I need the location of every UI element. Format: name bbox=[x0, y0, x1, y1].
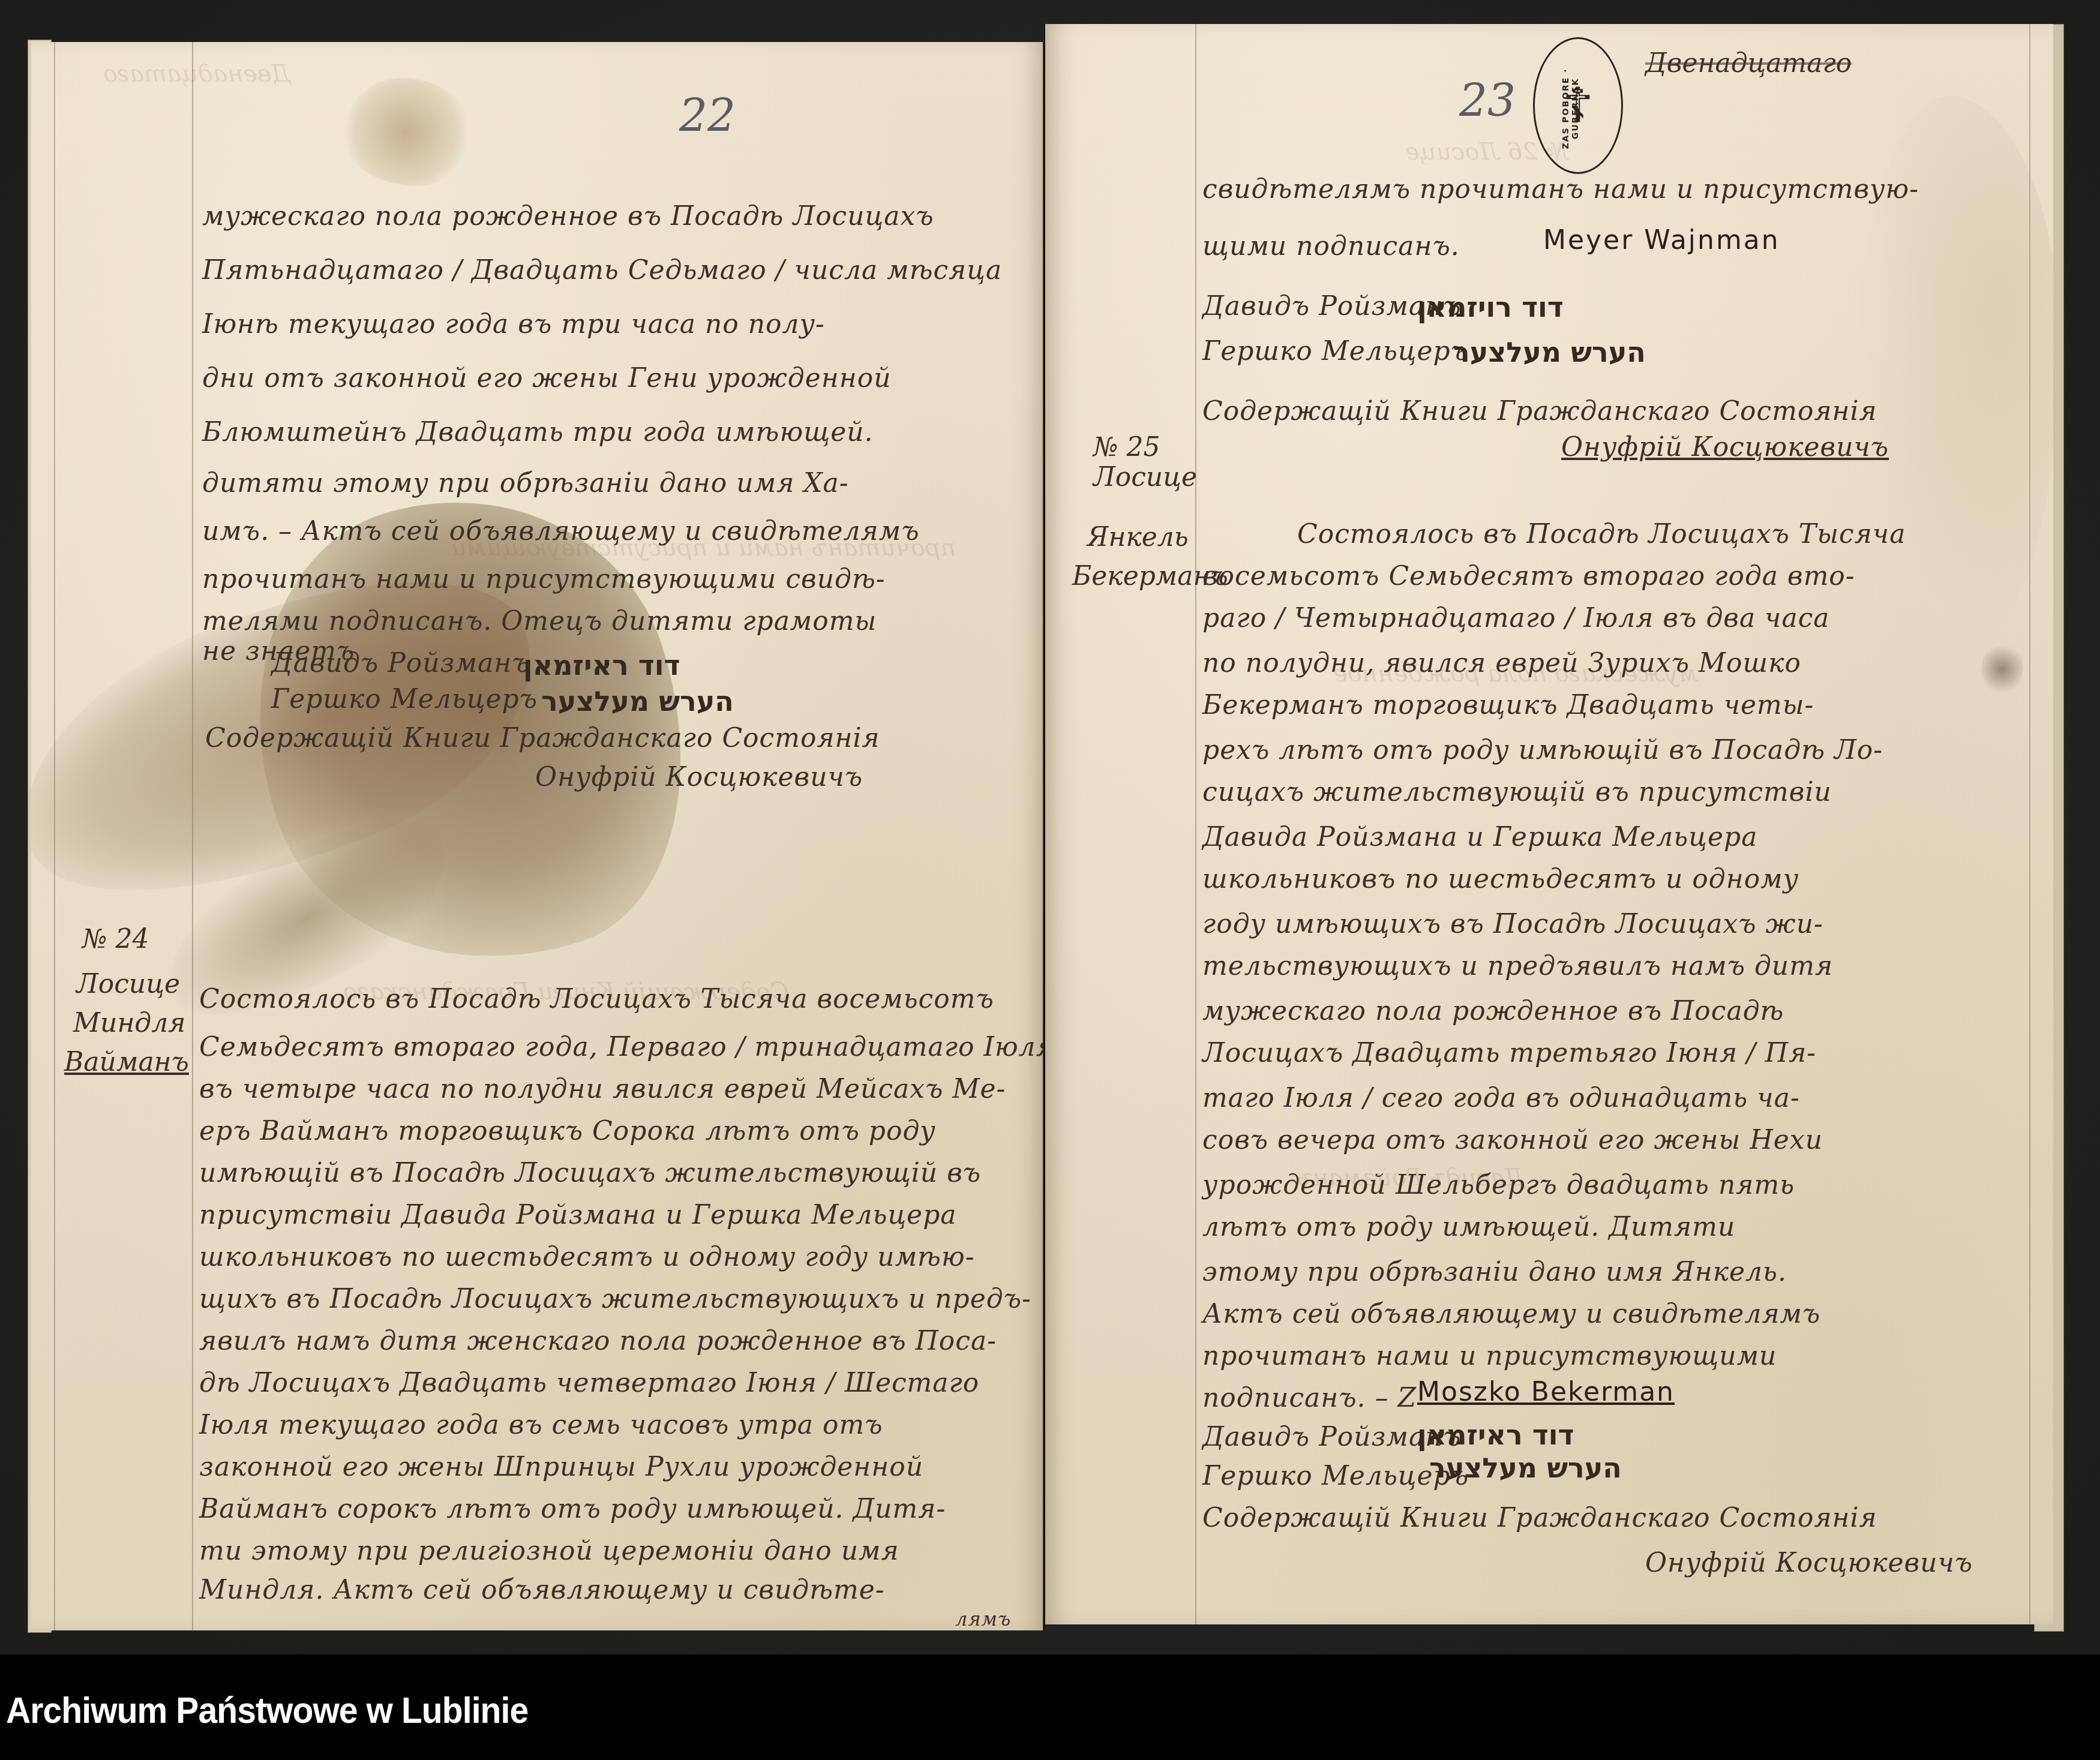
text-line: дитяти этому при обрѣзаніи дано имя Ха- bbox=[202, 468, 849, 498]
text-line: имѣющій въ Посадѣ Лосицахъ жительствующі… bbox=[199, 1158, 981, 1188]
text-line: урожденной Шельбергъ двадцать пять bbox=[1202, 1170, 1795, 1200]
official-seal: ☦ ZAS POBORE · GUBERNSK bbox=[1533, 37, 1623, 174]
official-signature: Онуфрій Косцюкевичъ bbox=[535, 762, 863, 792]
margin-child-first-name: Миндля bbox=[73, 1008, 185, 1038]
entry-number: № 24 bbox=[82, 924, 149, 954]
witness-hebrew-signature: דוד ראיזמאן bbox=[523, 649, 680, 681]
water-stain-top bbox=[343, 78, 469, 186]
declarant-signature: Moszko Bekerman bbox=[1417, 1377, 1675, 1407]
official-title: Содержащій Книги Гражданскаго Состоянія bbox=[1202, 1503, 1877, 1533]
bleed-through-text: Двенадцатаго bbox=[103, 60, 291, 88]
text-line: Іюля текущаго года въ семь часовъ утра о… bbox=[199, 1410, 883, 1440]
text-line: присутствіи Давида Ройзмана и Гершка Мел… bbox=[199, 1200, 957, 1230]
text-line: въ четыре часа по полудни явился еврей М… bbox=[199, 1074, 1006, 1104]
archive-banner: Archiwum Państwowe w Lublinie bbox=[0, 1654, 2100, 1760]
text-line: щими подписанъ. bbox=[1202, 231, 1460, 262]
text-line: Миндля. Актъ сей объявляющему и свидѣте- bbox=[199, 1575, 885, 1605]
ink-spot bbox=[1981, 642, 2023, 696]
text-line: дни отъ законной его жены Гени урожденно… bbox=[202, 363, 892, 394]
official-title: Содержащій Книги Гражданскаго Состоянія bbox=[1202, 396, 1877, 427]
witness-hebrew-signature: הערש מעלצער bbox=[541, 685, 734, 717]
text-line: Лосицахъ Двадцать третьяго Іюня / Пя- bbox=[1202, 1038, 1816, 1068]
text-line: ти этому при религіозной церемоніи дано … bbox=[199, 1536, 899, 1566]
text-line: совъ вечера отъ законной его жены Нехи bbox=[1202, 1125, 1823, 1155]
text-line: Давида Ройзмана и Гершка Мельцера bbox=[1202, 822, 1757, 852]
witness-hebrew-signature: דוד ראיזמאן bbox=[1417, 1419, 1574, 1451]
text-line: свидѣтелямъ прочитанъ нами и присутствую… bbox=[1202, 174, 1919, 205]
witness-signature: Гершко Мельцеръ bbox=[271, 684, 538, 714]
text-line: телями подписанъ. Отецъ дитяти грамоты bbox=[202, 606, 877, 636]
text-line: мужескаго пола рожденное въ Посадѣ bbox=[1202, 996, 1784, 1026]
declarant-signature: Meyer Wajnman bbox=[1543, 225, 1780, 256]
text-line: школьниковъ по шестьдесятъ и одному году… bbox=[199, 1242, 975, 1272]
text-line: школьниковъ по шестьдесятъ и одному bbox=[1202, 864, 1799, 894]
text-line: подписанъ. – Z bbox=[1202, 1383, 1417, 1413]
entry-number: № 25 bbox=[1093, 432, 1160, 462]
text-line: Вайманъ сорокъ лѣтъ отъ роду имѣющей. Ди… bbox=[199, 1494, 946, 1524]
text-line: законной его жены Шпринцы Рухли урожденн… bbox=[199, 1452, 923, 1482]
text-line: прочитанъ нами и присутствующими bbox=[1202, 1341, 1777, 1371]
text-line: Блюмштейнъ Двадцать три года имѣющей. bbox=[202, 417, 874, 447]
page-number: 22 bbox=[679, 90, 736, 142]
left-page-edge-rule bbox=[54, 42, 55, 1630]
left-page: Двенадцатаго прочитанъ нами и присутству… bbox=[31, 42, 1045, 1630]
text-line: тельствующихъ и предъявилъ намъ дитя bbox=[1202, 951, 1833, 981]
text-line: рехъ лѣтъ отъ роду имѣющій въ Посадѣ Ло- bbox=[1202, 735, 1883, 765]
text-line: Актъ сей объявляющему и свидѣтелямъ bbox=[1202, 1299, 1820, 1329]
text-line: дѣ Лосицахъ Двадцать четвертаго Іюня / Ш… bbox=[199, 1368, 979, 1398]
text-line: раго / Четырнадцатаго / Іюля въ два часа bbox=[1202, 603, 1830, 633]
witness-hebrew-signature: הערש מעלצער bbox=[1429, 1452, 1622, 1484]
witness-signature: Гершко Мельцеръ bbox=[1202, 336, 1469, 367]
text-line: Состоялось въ Посадѣ Лосицахъ Тысяча вос… bbox=[199, 984, 994, 1014]
left-page-margin-rule bbox=[192, 42, 193, 1630]
text-line: явилъ намъ дитя женскаго пола рожденное … bbox=[199, 1326, 997, 1356]
archive-name: Archiwum Państwowe w Lublinie bbox=[6, 1689, 528, 1732]
text-line: Іюнѣ текущаго года въ три часа по полу- bbox=[202, 309, 825, 340]
text-line: по полудни, явился еврей Зурихъ Мошко bbox=[1202, 648, 1801, 678]
text-line: мужескаго пола рожденное въ Посадѣ Лосиц… bbox=[202, 201, 934, 232]
text-line: Семьдесятъ втораго года, Перваго / трина… bbox=[199, 1032, 1045, 1062]
top-annotation: Двенадцатаго bbox=[1645, 48, 1852, 79]
seal-inscription: ZAS POBORE · GUBERNSK bbox=[1561, 49, 1580, 169]
margin-child-first-name: Янкель bbox=[1087, 522, 1189, 552]
right-page: № 26 Лосице мужескаго пола рожденное Дав… bbox=[1045, 24, 2053, 1624]
text-line: Бекерманъ торговщикъ Двадцать четы- bbox=[1202, 690, 1814, 720]
text-line: таго Іюля / сего года въ одинадцать ча- bbox=[1202, 1083, 1800, 1113]
margin-place: Лосице bbox=[1093, 462, 1197, 492]
page-number: 23 bbox=[1459, 75, 1516, 127]
margin-child-last-name: Вайманъ bbox=[64, 1047, 189, 1077]
witness-hebrew-signature: דוד רויזמאן bbox=[1417, 291, 1564, 323]
text-line: щихъ въ Посадѣ Лосицахъ жительствующихъ … bbox=[199, 1284, 1031, 1314]
official-signature: Онуфрій Косцюкевичъ bbox=[1561, 432, 1889, 462]
right-page-margin-rule bbox=[1195, 24, 1196, 1624]
text-line: Состоялось въ Посадѣ Лосицахъ Тысяча bbox=[1297, 519, 1906, 549]
text-line: лѣтъ отъ роду имѣющей. Дитяти bbox=[1202, 1212, 1735, 1242]
text-line: лямъ bbox=[955, 1608, 1011, 1630]
official-title: Содержащій Книги Гражданскаго Состоянія bbox=[205, 723, 880, 753]
witness-hebrew-signature: הערש מעלצער bbox=[1453, 336, 1646, 368]
text-line: этому при обрѣзаніи дано имя Янкель. bbox=[1202, 1257, 1787, 1287]
official-signature: Онуфрій Косцюкевичъ bbox=[1645, 1548, 1973, 1578]
witness-signature: Давидъ Ройзманъ bbox=[271, 648, 530, 678]
margin-place: Лосице bbox=[76, 969, 180, 999]
text-line: году имѣющихъ въ Посадѣ Лосицахъ жи- bbox=[1202, 909, 1823, 939]
right-page-edge-rule bbox=[2029, 24, 2030, 1624]
text-line: еръ Вайманъ торговщикъ Сорока лѣтъ отъ р… bbox=[199, 1116, 936, 1146]
text-line: прочитанъ нами и присутствующими свидѣ- bbox=[202, 564, 886, 594]
text-line: сицахъ жительствующій въ присутствіи bbox=[1202, 777, 1832, 807]
text-line: Пятьнадцатаго / Двадцать Седьмаго / числ… bbox=[202, 255, 1002, 286]
text-line: восемьсотъ Семьдесятъ втораго года вто- bbox=[1202, 561, 1855, 591]
text-line: имъ. – Актъ сей объявляющему и свидѣтеля… bbox=[202, 516, 919, 546]
